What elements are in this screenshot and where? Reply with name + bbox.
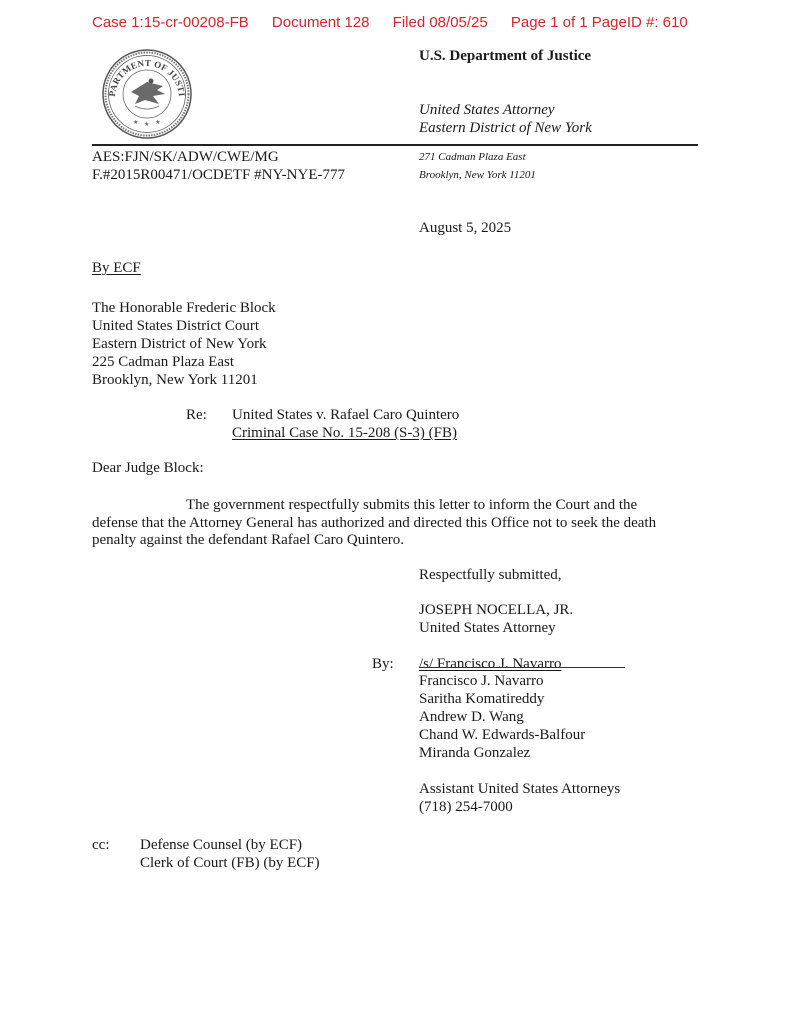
office-address-city: Brooklyn, New York 11201 bbox=[419, 165, 536, 185]
reference-file-number: F.#2015R00471/OCDETF #NY-NYE-777 bbox=[92, 166, 345, 184]
attorney-list: Francisco J. Navarro Saritha Komatireddy… bbox=[419, 672, 585, 762]
electronic-signature: /s/ Francisco J. Navarro bbox=[419, 655, 561, 673]
addressee-line: United States District Court bbox=[92, 317, 276, 335]
office-district: Eastern District of New York bbox=[419, 119, 592, 137]
attorney-name: Saritha Komatireddy bbox=[419, 690, 585, 708]
signature-line bbox=[419, 667, 625, 668]
re-label: Re: bbox=[186, 406, 207, 424]
office-phone: (718) 254-7000 bbox=[419, 798, 513, 816]
letterhead-rule bbox=[92, 144, 698, 146]
office-address-street: 271 Cadman Plaza East bbox=[419, 147, 526, 167]
attorneys-title: Assistant United States Attorneys bbox=[419, 780, 620, 798]
doj-seal-icon: DEPARTMENT OF JUSTICE ★ ★ ★ bbox=[101, 48, 193, 140]
cc-recipient: Defense Counsel (by ECF) bbox=[140, 836, 302, 854]
document-number: Document 128 bbox=[272, 14, 370, 31]
addressee-block: The Honorable Frederic Block United Stat… bbox=[92, 299, 276, 389]
reference-initials: AES:FJN/SK/ADW/CWE/MG bbox=[92, 148, 279, 166]
cc-recipient: Clerk of Court (FB) (by ECF) bbox=[140, 854, 320, 872]
svg-text:★: ★ bbox=[155, 119, 160, 126]
page-id: Page 1 of 1 PageID #: 610 bbox=[511, 14, 688, 31]
valediction: Respectfully submitted, bbox=[419, 566, 561, 584]
body-line-3: penalty against the defendant Rafael Car… bbox=[92, 531, 404, 549]
body-line-1: The government respectfully submits this… bbox=[186, 496, 637, 514]
addressee-line: Eastern District of New York bbox=[92, 335, 276, 353]
svg-text:★: ★ bbox=[144, 121, 149, 128]
addressee-line: 225 Cadman Plaza East bbox=[92, 353, 276, 371]
filed-date: Filed 08/05/25 bbox=[393, 14, 488, 31]
by-label: By: bbox=[372, 655, 394, 673]
re-case-title: United States v. Rafael Caro Quintero bbox=[232, 406, 459, 424]
body-line-2: defense that the Attorney General has au… bbox=[92, 514, 656, 532]
svg-text:★: ★ bbox=[133, 119, 138, 126]
attorney-name: Francisco J. Navarro bbox=[419, 672, 585, 690]
signer-name: JOSEPH NOCELLA, JR. bbox=[419, 601, 573, 619]
letter-date: August 5, 2025 bbox=[419, 219, 511, 237]
case-number: Case 1:15-cr-00208-FB bbox=[92, 14, 249, 31]
office-title: United States Attorney bbox=[419, 101, 555, 119]
addressee-line: The Honorable Frederic Block bbox=[92, 299, 276, 317]
salutation: Dear Judge Block: bbox=[92, 459, 204, 477]
attorney-name: Andrew D. Wang bbox=[419, 708, 585, 726]
attorney-name: Chand W. Edwards-Balfour bbox=[419, 726, 585, 744]
department-name: U.S. Department of Justice bbox=[419, 47, 591, 65]
cc-label: cc: bbox=[92, 836, 109, 854]
ecf-filing-stamp: Case 1:15-cr-00208-FB Document 128 Filed… bbox=[92, 14, 688, 31]
signer-title: United States Attorney bbox=[419, 619, 556, 637]
addressee-line: Brooklyn, New York 11201 bbox=[92, 371, 276, 389]
delivery-method: By ECF bbox=[92, 259, 141, 277]
attorney-name: Miranda Gonzalez bbox=[419, 744, 585, 762]
re-case-number: Criminal Case No. 15-208 (S-3) (FB) bbox=[232, 424, 457, 442]
